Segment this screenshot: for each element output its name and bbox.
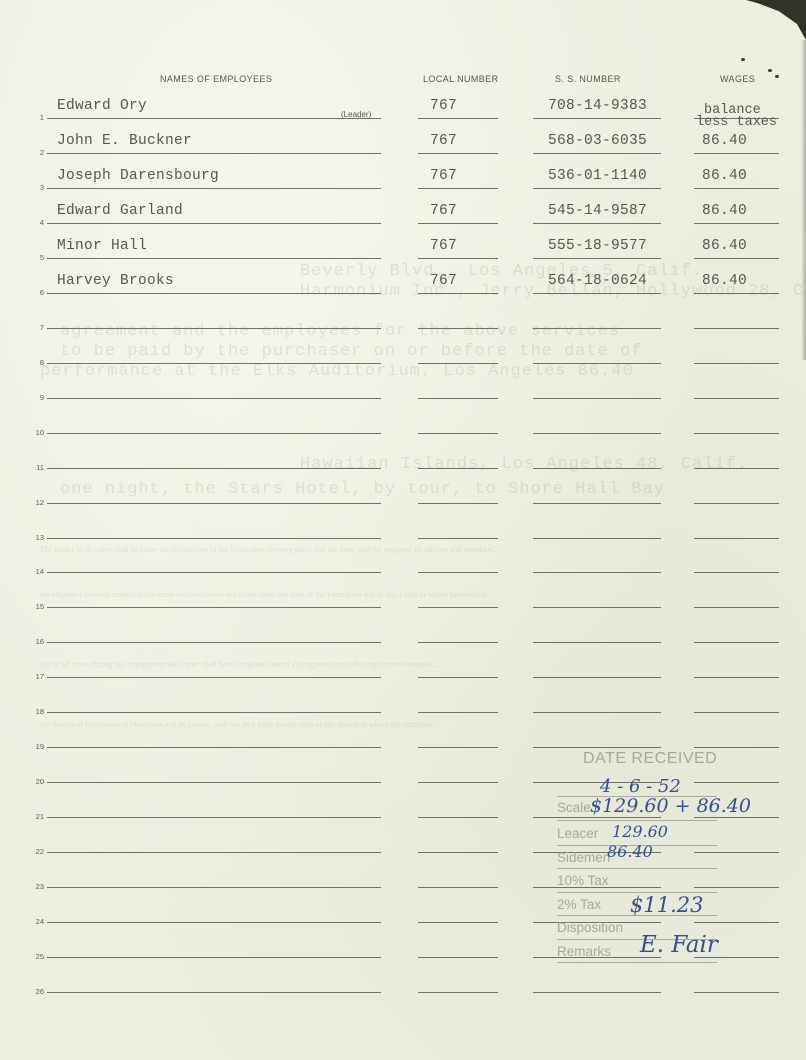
stamp-label-scale: Scale (557, 800, 591, 815)
wages-field-line (694, 258, 779, 259)
ss-number: 708-14-9383 (548, 98, 647, 114)
wages-field-line (694, 607, 779, 608)
date-received-stamp-title: DATE RECEIVED (583, 750, 717, 768)
local-number-field-line (418, 992, 498, 993)
local-number: 767 (430, 133, 457, 149)
table-row: 14 (0, 540, 806, 576)
stamp-rule (557, 868, 717, 869)
stamp-label-disposition: Disposition (557, 920, 623, 935)
column-header-names: NAMES OF EMPLOYEES (160, 74, 272, 84)
table-row: 26 (0, 960, 806, 996)
ss-number-field-line (533, 188, 661, 189)
ss-number-field-line (533, 468, 661, 469)
local-number-field-line (418, 572, 498, 573)
table-row: 2John E. Buckner767568-03-603586.40 (0, 121, 806, 157)
table-row: 13 (0, 506, 806, 542)
ss-number-field-line (533, 258, 661, 259)
local-number: 767 (430, 273, 457, 289)
name-field-line (47, 747, 381, 748)
employee-name: Minor Hall (57, 238, 147, 254)
wages-field-line (694, 572, 779, 573)
handwritten-date: 4 - 6 - 52 (600, 776, 681, 797)
local-number: 767 (430, 238, 457, 254)
torn-corner (746, 0, 806, 40)
table-row: 18 (0, 680, 806, 716)
wages-field-line (694, 153, 779, 154)
wages-amount: 86.40 (702, 168, 747, 184)
ink-speck (741, 58, 745, 61)
local-number-field-line (418, 223, 498, 224)
stamp-rule (557, 820, 717, 821)
local-number-field-line (418, 258, 498, 259)
wages-field-line (694, 328, 779, 329)
local-number-field-line (418, 712, 498, 713)
ss-number-field-line (533, 992, 661, 993)
name-field-line (47, 363, 381, 364)
name-field-line (47, 293, 381, 294)
name-field-line (47, 468, 381, 469)
employee-name: Harvey Brooks (57, 273, 174, 289)
wages-field-line (694, 887, 779, 888)
stamp-label-2-percent-tax: 2% Tax (557, 897, 601, 912)
table-row: 6Harvey Brooks767564-18-062486.40 (0, 261, 806, 297)
stamp-label-10-percent-tax: 10% Tax (557, 873, 609, 888)
local-number: 767 (430, 168, 457, 184)
wages-field-line (694, 782, 779, 783)
table-row: 8 (0, 331, 806, 367)
ss-number-field-line (533, 538, 661, 539)
wages-field-line (694, 922, 779, 923)
wages-field-line (694, 188, 779, 189)
wages-field-line (694, 398, 779, 399)
employee-name: Edward Garland (57, 203, 183, 219)
stamp-label-remarks: Remarks (557, 944, 611, 959)
wages-field-line (694, 992, 779, 993)
local-number-field-line (418, 642, 498, 643)
local-number-field-line (418, 293, 498, 294)
table-row: 16 (0, 610, 806, 646)
table-row: 15 (0, 575, 806, 611)
local-number-field-line (418, 677, 498, 678)
handwritten-initials: E. Fair (640, 932, 718, 958)
ss-number-field-line (533, 503, 661, 504)
ss-number: 555-18-9577 (548, 238, 647, 254)
ss-number-field-line (533, 677, 661, 678)
table-row: 3Joseph Darensbourg767536-01-114086.40 (0, 156, 806, 192)
employee-name: Edward Ory (57, 98, 147, 114)
name-field-line (47, 223, 381, 224)
table-row: 7 (0, 296, 806, 332)
table-row: 10 (0, 401, 806, 437)
local-number-field-line (418, 118, 498, 119)
local-number-field-line (418, 153, 498, 154)
name-field-line (47, 642, 381, 643)
leader-tag: (Leader) (341, 110, 371, 119)
table-row: 5Minor Hall767555-18-957786.40 (0, 226, 806, 262)
wages-field-line (694, 468, 779, 469)
table-row: 4Edward Garland767545-14-958786.40 (0, 191, 806, 227)
name-field-line (47, 782, 381, 783)
wages-field-line (694, 817, 779, 818)
wages-field-line (694, 747, 779, 748)
name-field-line (47, 538, 381, 539)
name-field-line (47, 607, 381, 608)
wages-amount: 86.40 (702, 273, 747, 289)
local-number-field-line (418, 328, 498, 329)
table-row: 22 (0, 820, 806, 856)
ss-number-field-line (533, 712, 661, 713)
local-number-field-line (418, 398, 498, 399)
local-number: 767 (430, 98, 457, 114)
stamp-label-leader: Leacer (557, 826, 598, 841)
column-header-local-number: LOCAL NUMBER (423, 74, 498, 84)
local-number: 767 (430, 203, 457, 219)
ss-number-field-line (533, 817, 661, 818)
name-field-line (47, 433, 381, 434)
name-field-line (47, 503, 381, 504)
name-field-line (47, 992, 381, 993)
ink-speck (775, 75, 779, 78)
name-field-line (47, 677, 381, 678)
ink-speck (768, 69, 772, 72)
table-row: 12 (0, 471, 806, 507)
wages-field-line (694, 642, 779, 643)
wages-field-line (694, 433, 779, 434)
ss-number-field-line (533, 328, 661, 329)
stamp-label-sidemen: Sidemen (557, 850, 610, 865)
name-field-line (47, 118, 381, 119)
ss-number-field-line (533, 433, 661, 434)
local-number-field-line (418, 188, 498, 189)
local-number-field-line (418, 957, 498, 958)
wages-amount: 86.40 (702, 133, 747, 149)
name-field-line (47, 188, 381, 189)
local-number-field-line (418, 817, 498, 818)
name-field-line (47, 328, 381, 329)
document-page: Beverly Blvd., Los Angeles 5, Calif. Har… (0, 0, 806, 1060)
wages-field-line (694, 293, 779, 294)
ss-number-field-line (533, 607, 661, 608)
handwritten-2-percent-tax: $11.23 (630, 893, 703, 917)
handwritten-leader-amount: 129.60 (612, 822, 668, 841)
ss-number: 536-01-1140 (548, 168, 647, 184)
wages-field-line (694, 363, 779, 364)
employee-name: Joseph Darensbourg (57, 168, 219, 184)
ss-number-field-line (533, 398, 661, 399)
wages-amount: 86.40 (702, 238, 747, 254)
table-row: 19 (0, 715, 806, 751)
name-field-line (47, 852, 381, 853)
ss-number-field-line (533, 223, 661, 224)
name-field-line (47, 258, 381, 259)
name-field-line (47, 957, 381, 958)
table-row: 17 (0, 645, 806, 681)
handwritten-sidemen-amount: 86.40 (607, 842, 653, 861)
ss-number-field-line (533, 118, 661, 119)
table-row: 1Edward Ory767708-14-9383balanceless tax… (0, 86, 806, 122)
name-field-line (47, 153, 381, 154)
name-field-line (47, 712, 381, 713)
name-field-line (47, 922, 381, 923)
local-number-field-line (418, 747, 498, 748)
ss-number-field-line (533, 363, 661, 364)
stamp-rule (557, 962, 717, 963)
ss-number-field-line (533, 293, 661, 294)
ss-number: 564-18-0624 (548, 273, 647, 289)
local-number-field-line (418, 433, 498, 434)
table-row: 9 (0, 366, 806, 402)
local-number-field-line (418, 922, 498, 923)
ss-number-field-line (533, 642, 661, 643)
handwritten-scale: $129.60 + 86.40 (590, 795, 751, 817)
wages-field-line (694, 852, 779, 853)
local-number-field-line (418, 887, 498, 888)
local-number-field-line (418, 782, 498, 783)
name-field-line (47, 887, 381, 888)
ss-number: 545-14-9587 (548, 203, 647, 219)
ss-number-field-line (533, 747, 661, 748)
name-field-line (47, 572, 381, 573)
column-header-ss-number: S. S. NUMBER (555, 74, 621, 84)
table-row: 23 (0, 855, 806, 891)
wages-field-line (694, 712, 779, 713)
local-number-field-line (418, 607, 498, 608)
wages-amount: 86.40 (702, 203, 747, 219)
local-number-field-line (418, 503, 498, 504)
name-field-line (47, 398, 381, 399)
wages-field-line (694, 503, 779, 504)
wages-field-line (694, 677, 779, 678)
employee-name: John E. Buckner (57, 133, 192, 149)
local-number-field-line (418, 538, 498, 539)
wages-field-line (694, 538, 779, 539)
table-row: 11 (0, 436, 806, 472)
ss-number-field-line (533, 153, 661, 154)
local-number-field-line (418, 363, 498, 364)
local-number-field-line (418, 468, 498, 469)
ss-number: 568-03-6035 (548, 133, 647, 149)
local-number-field-line (418, 852, 498, 853)
row-number: 26 (30, 987, 44, 996)
column-header-wages: WAGES (720, 74, 755, 84)
ss-number-field-line (533, 572, 661, 573)
name-field-line (47, 817, 381, 818)
wages-field-line (694, 223, 779, 224)
